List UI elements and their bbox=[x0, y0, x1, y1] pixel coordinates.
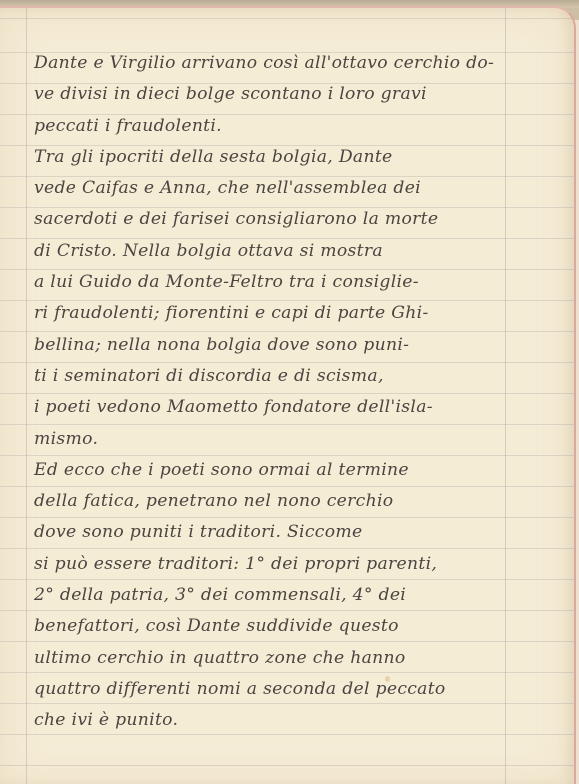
text-line: ti i seminatori di discordia e di scisma… bbox=[34, 361, 564, 392]
text-line: ve divisi in dieci bolge scontano i loro… bbox=[34, 79, 564, 110]
text-line: vede Caifas e Anna, che nell'assemblea d… bbox=[34, 173, 564, 204]
handwritten-text: Dante e Virgilio arrivano così all'ottav… bbox=[34, 48, 564, 737]
text-line: ultimo cerchio in quattro zone che hanno bbox=[34, 643, 564, 674]
text-line: peccati i fraudolenti. bbox=[34, 111, 564, 142]
paragraph-1: Dante e Virgilio arrivano così all'ottav… bbox=[34, 48, 564, 142]
text-line: di Cristo. Nella bolgia ottava si mostra bbox=[34, 236, 564, 267]
text-line: ri fraudolenti; fiorentini e capi di par… bbox=[34, 298, 564, 329]
text-line: benefattori, così Dante suddivide questo bbox=[34, 611, 564, 642]
text-line: sacerdoti e dei farisei consigliarono la… bbox=[34, 204, 564, 235]
text-line: si può essere traditori: 1° dei propri p… bbox=[34, 549, 564, 580]
text-line: i poeti vedono Maometto fondatore dell'i… bbox=[34, 392, 564, 423]
paragraph-3: Ed ecco che i poeti sono ormai al termin… bbox=[34, 455, 564, 737]
text-line: 2° della patria, 3° dei commensali, 4° d… bbox=[34, 580, 564, 611]
notebook-page: Dante e Virgilio arrivano così all'ottav… bbox=[0, 6, 576, 784]
text-line: dove sono puniti i traditori. Siccome bbox=[34, 517, 564, 548]
paragraph-2: Tra gli ipocriti della sesta bolgia, Dan… bbox=[34, 142, 564, 455]
text-line: Dante e Virgilio arrivano così all'ottav… bbox=[34, 48, 564, 79]
text-line: Tra gli ipocriti della sesta bolgia, Dan… bbox=[34, 142, 564, 173]
left-margin-line bbox=[26, 8, 27, 784]
text-line: Ed ecco che i poeti sono ormai al termin… bbox=[34, 455, 564, 486]
text-line: mismo. bbox=[34, 424, 564, 455]
text-line: a lui Guido da Monte-Feltro tra i consig… bbox=[34, 267, 564, 298]
text-line: che ivi è punito. bbox=[34, 705, 564, 736]
text-line: della fatica, penetrano nel nono cerchio bbox=[34, 486, 564, 517]
text-line: quattro differenti nomi a seconda del pe… bbox=[34, 674, 564, 705]
text-line: bellina; nella nona bolgia dove sono pun… bbox=[34, 330, 564, 361]
